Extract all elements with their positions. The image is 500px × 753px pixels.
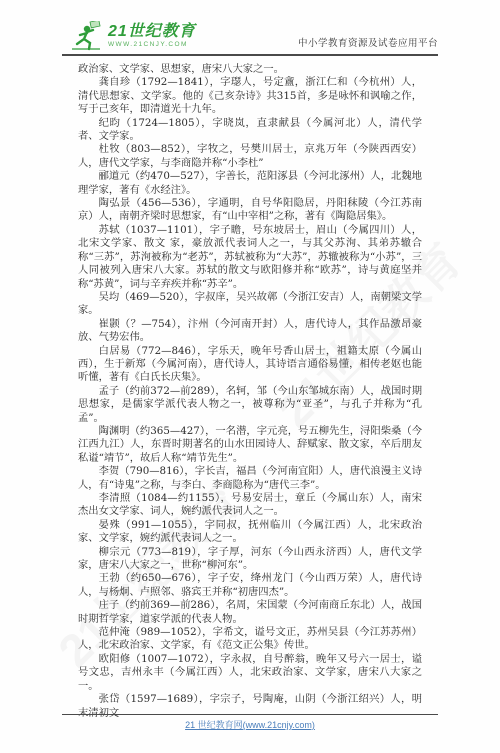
paragraph: 晏殊（991—1055），字同叔，抚州临川（今属江西）人，北宋政治家、文学家，婉… xyxy=(78,519,422,546)
footer-site-link[interactable]: 21 世纪教育网(www.21cnjy.com) xyxy=(0,718,500,731)
paragraph: 范仲淹（989—1052），字希文，谥号文正，苏州吴县（今江苏苏州）人，北宋政治… xyxy=(78,626,422,653)
brand-name: 21世纪教育 xyxy=(108,24,196,40)
paragraph: 王勃（约650—676），字子安，绛州龙门（今山西万荣）人，唐代诗人，与杨炯、卢… xyxy=(78,572,422,599)
brand-url: WWW.21CNJY.COM xyxy=(108,42,196,49)
paragraph: 欧阳修（1007—1072），字永叔，自号醉翁，晚年又号六一居士，谥号文忠，吉州… xyxy=(78,653,422,693)
brand-logo: 21世纪教育 WWW.21CNJY.COM xyxy=(62,21,196,54)
document-body: 政治家、文学家、思想家，唐宋八大家之一。龚自珍（1792—1841），字璱人，号… xyxy=(78,63,422,720)
paragraph: 白居易（772—846），字乐天，晚年号香山居士，祖籍太原（今属山西），生于新郑… xyxy=(78,345,422,385)
paragraph: 庄子（约前369—前286），名周，宋国蒙（今河南商丘东北）人，战国时期哲学家，… xyxy=(78,599,422,626)
paragraph: 纪昀（1724—1805），字晓岚，直隶献县（今属河北）人，清代学者、文学家。 xyxy=(78,117,422,144)
paragraph: 孟子（约前372—前289），名轲，邹（今山东邹城东南）人，战国时期思想家，是儒… xyxy=(78,385,422,425)
paragraph: 杜牧（803—852），字牧之，号樊川居士，京兆万年（今陕西西安）人，唐代文学家… xyxy=(78,143,422,170)
running-person-icon xyxy=(70,21,104,51)
paragraph: 政治家、文学家、思想家，唐宋八大家之一。 xyxy=(78,63,422,76)
paragraph: 陶弘景（456—536），字通明，自号华阳隐居，丹阳秣陵（今江苏南京）人，南朝齐… xyxy=(78,197,422,224)
paragraph: 李贺（790—816），字长吉，福昌（今河南宜阳）人，唐代浪漫主义诗人，有“诗鬼… xyxy=(78,465,422,492)
paragraph: 张岱（1597—1689），字宗子，号陶庵，山阴（今浙江绍兴）人，明末清初文 xyxy=(78,693,422,720)
brand-text-block: 21世纪教育 WWW.21CNJY.COM xyxy=(108,24,196,49)
paragraph: 吴均（469—520），字叔庠，吴兴故鄣（今浙江安吉）人，南朝梁文学家。 xyxy=(78,291,422,318)
paragraph: 郦道元（约470—527），字善长，范阳涿县（今河北涿州）人，北魏地理学家，著有… xyxy=(78,170,422,197)
paragraph: 龚自珍（1792—1841），字璱人，号定盦，浙江仁和（今杭州）人，清代思想家、… xyxy=(78,76,422,116)
document-page: 21世纪教育 WWW.21CNJY.COM 中小学教育资源及试卷应用平台 21世… xyxy=(0,0,500,753)
page-header: 21世纪教育 WWW.21CNJY.COM 中小学教育资源及试卷应用平台 xyxy=(62,14,438,56)
paragraph: 崔颢（？—754），汴州（今河南开封）人，唐代诗人，其作品激昂豪放、气势宏伟。 xyxy=(78,318,422,345)
paragraph: 李清照（1084—约1155），号易安居士，章丘（今属山东）人，南宋杰出女文学家… xyxy=(78,492,422,519)
paragraph: 陶渊明（约365—427），一名潜，字元亮，号五柳先生，浔阳柴桑（今江西九江）人… xyxy=(78,425,422,465)
paragraph: 柳宗元（773—819），字子厚，河东（今山西永济西）人，唐代文学家，唐宋八大家… xyxy=(78,546,422,573)
footer-divider xyxy=(62,714,438,715)
site-tagline: 中小学教育资源及试卷应用平台 xyxy=(298,35,438,54)
paragraph: 苏轼（1037—1101），字子瞻，号东坡居士，眉山（今属四川）人，北宋文学家、… xyxy=(78,224,422,291)
